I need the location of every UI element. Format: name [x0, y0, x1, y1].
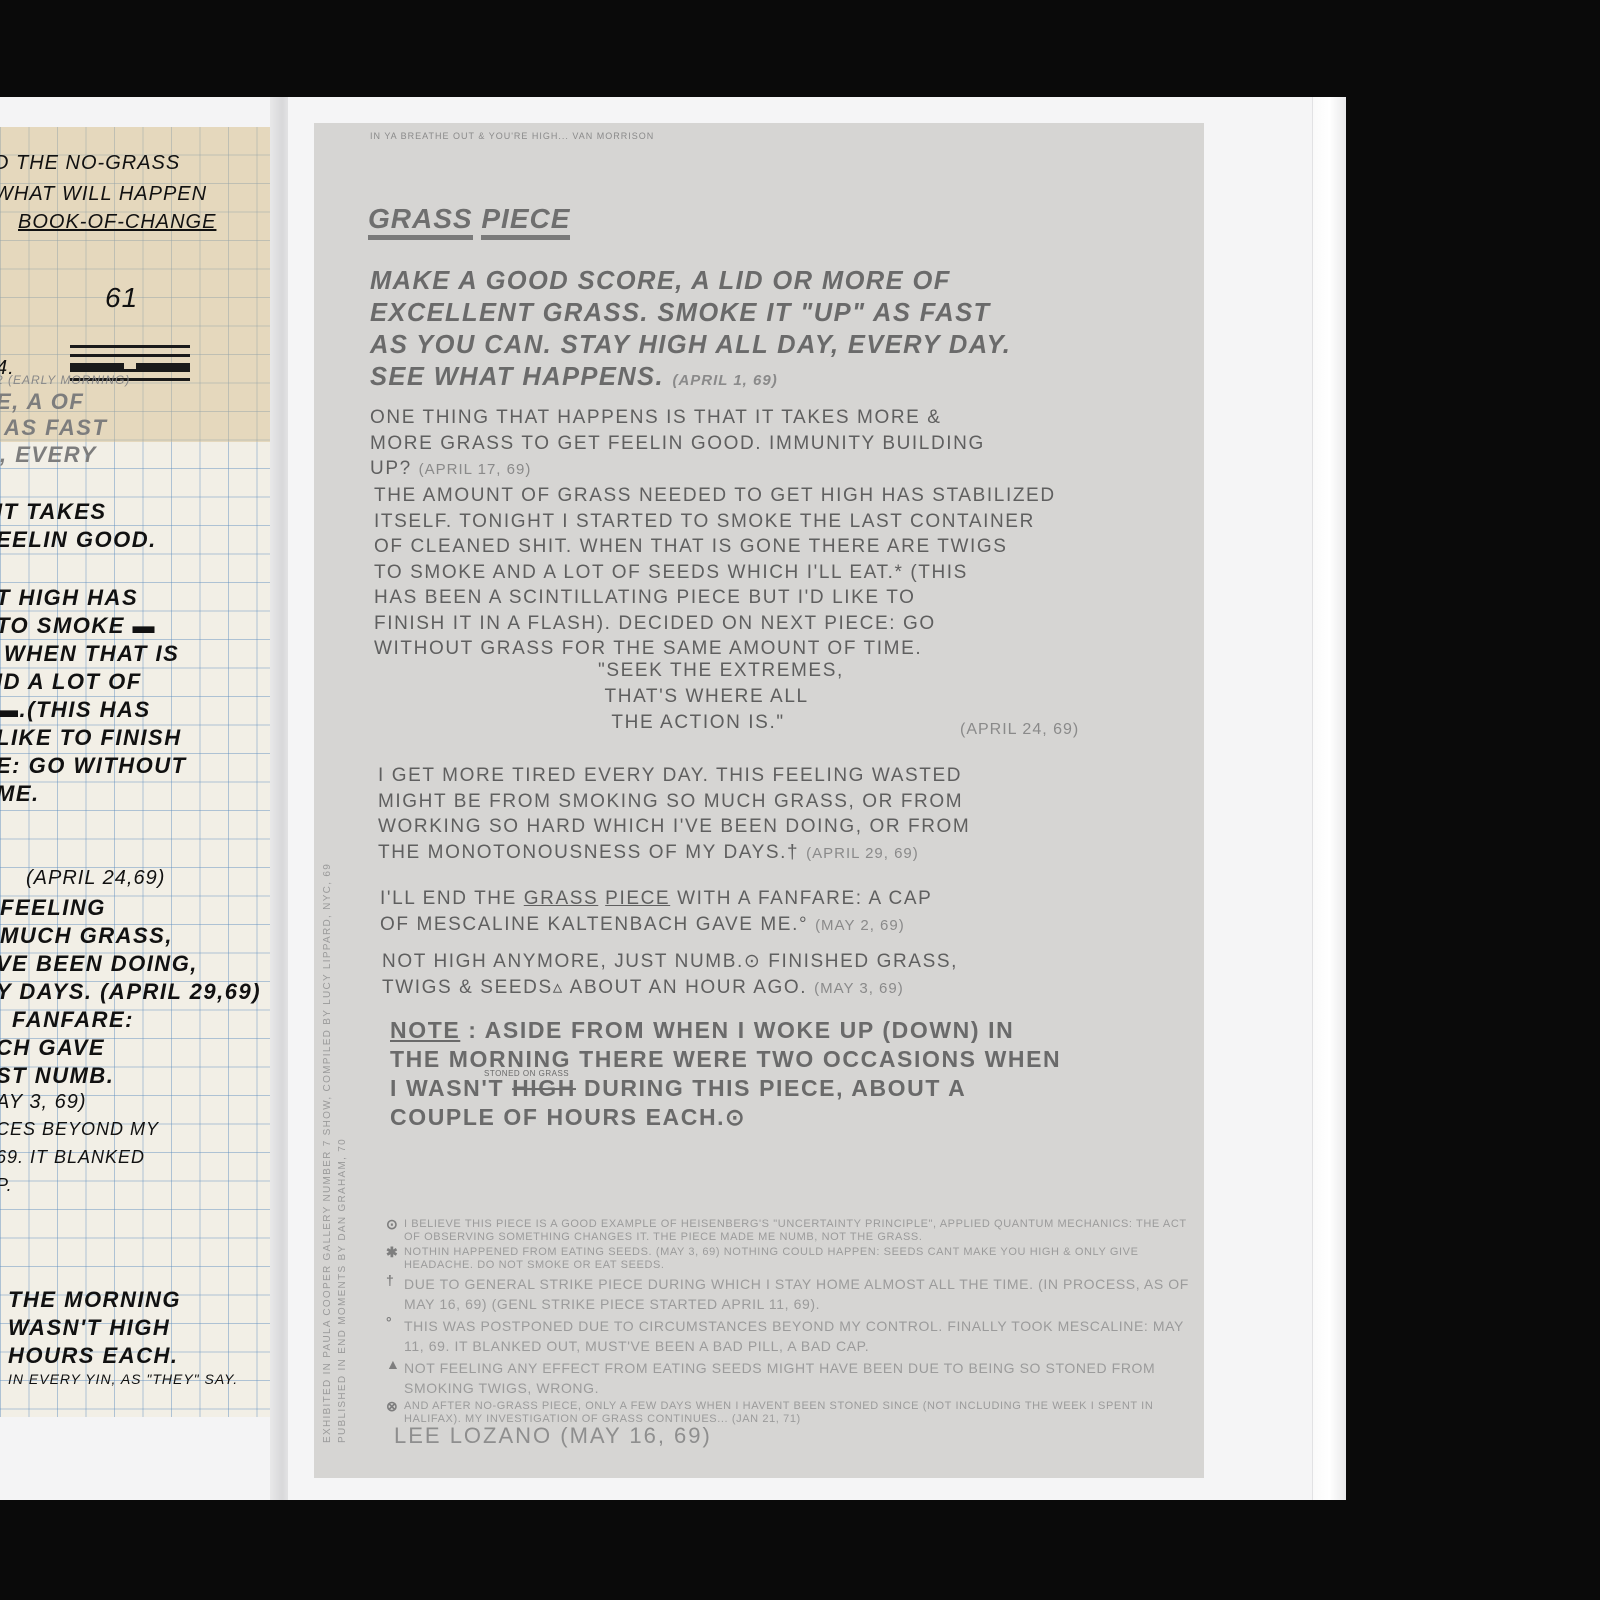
footnote-symbol-icon: ▲: [386, 1358, 404, 1398]
page-edge: [1312, 97, 1346, 1500]
left-line: MUCH GRASS,: [0, 923, 173, 949]
vertical-credit: EXHIBITED IN PAULA COOPER GALLERY NUMBER…: [320, 863, 350, 1443]
left-line: E, A OF: [0, 389, 84, 415]
footnote-symbol-icon: ⊙: [386, 1218, 404, 1244]
entry-may-2: I'LL END THE GRASS PIECE WITH A FANFARE:…: [380, 886, 932, 938]
left-line: Y DAYS. (APRIL 29,69): [0, 979, 261, 1005]
inserted-correction: STONED ON GRASS: [484, 1069, 569, 1078]
left-line: TO SMOKE ▬: [0, 613, 156, 639]
left-line: EELIN GOOD.: [0, 527, 157, 553]
footnote: ✱NOTHIN HAPPENED FROM EATING SEEDS. (MAY…: [386, 1246, 1196, 1272]
document-title: GRASS PIECE: [368, 203, 570, 235]
entry-april-17: ONE THING THAT HAPPENS IS THAT IT TAKES …: [370, 405, 985, 483]
left-line: AY 3, 69): [0, 1091, 87, 1114]
left-line: ST NUMB.: [0, 1063, 114, 1089]
left-line: IN EVERY YIN, AS "THEY" SAY.: [8, 1371, 238, 1387]
left-line: BOOK-OF-CHANGE: [18, 211, 216, 234]
entry-date: (APRIL 1, 69): [672, 372, 777, 389]
graph-paper-document: D THE NO-GRASS WHAT WILL HAPPEN BOOK-OF-…: [0, 127, 282, 1417]
footnote: ▲NOT FEELING ANY EFFECT FROM EATING SEED…: [386, 1358, 1196, 1398]
title-word: PIECE: [481, 203, 570, 240]
entry-stabilized: THE AMOUNT OF GRASS NEEDED TO GET HIGH H…: [374, 483, 1056, 662]
left-line: FEELING: [0, 895, 106, 921]
book-spread: D THE NO-GRASS WHAT WILL HAPPEN BOOK-OF-…: [0, 97, 1345, 1500]
left-line: (APRIL 24,69): [26, 867, 165, 890]
left-line: AS FAST: [4, 415, 107, 441]
signature: LEE LOZANO (MAY 16, 69): [394, 1423, 712, 1449]
note-label: NOTE: [390, 1017, 460, 1043]
left-line: IT TAKES: [0, 499, 107, 525]
entry-date: (MAY 2, 69): [815, 917, 905, 934]
entry-date: (MAY 3, 69): [814, 980, 904, 997]
footnote: °THIS WAS POSTPONED DUE TO CIRCUMSTANCES…: [386, 1316, 1196, 1356]
entry-may-3: NOT HIGH ANYMORE, JUST NUMB.⊙ FINISHED G…: [382, 949, 958, 1001]
left-line: D THE NO-GRASS: [0, 152, 180, 175]
quote-seek-extremes: "SEEK THE EXTREMES, THAT'S WHERE ALL THE…: [598, 658, 844, 736]
left-line: WHAT WILL HAPPEN: [0, 183, 207, 206]
footnote: ⊙I BELIEVE THIS PIECE IS A GOOD EXAMPLE …: [386, 1218, 1196, 1244]
left-line: THE MORNING: [8, 1287, 181, 1313]
left-line: P.: [0, 1175, 13, 1196]
left-line: CH GAVE: [0, 1035, 105, 1061]
footnote-symbol-icon: °: [386, 1316, 404, 1356]
left-line: 69. IT BLANKED: [0, 1147, 145, 1168]
left-line: 2 (EARLY MORNING): [0, 373, 130, 387]
left-line: HOURS EACH.: [8, 1343, 179, 1369]
entry-april-29: I GET MORE TIRED EVERY DAY. THIS FEELING…: [378, 763, 970, 866]
left-line: ID A LOT OF: [0, 669, 142, 695]
hexagram-number: 61: [105, 282, 138, 314]
footnote-symbol-icon: ✱: [386, 1246, 404, 1272]
left-page: D THE NO-GRASS WHAT WILL HAPPEN BOOK-OF-…: [0, 97, 288, 1500]
quote-date: (APRIL 24, 69): [960, 721, 1079, 739]
footnote: †DUE TO GENERAL STRIKE PIECE DURING WHIC…: [386, 1274, 1196, 1314]
struck-word: HIGH: [512, 1075, 576, 1101]
left-line: LIKE TO FINISH: [0, 725, 182, 751]
left-line: FANFARE:: [12, 1007, 134, 1033]
entry-date: (APRIL 29, 69): [806, 845, 919, 862]
left-line: VE BEEN DOING,: [0, 951, 198, 977]
left-line: CES BEYOND MY: [0, 1119, 159, 1140]
title-word: GRASS: [368, 203, 473, 240]
footnotes: ⊙I BELIEVE THIS PIECE IS A GOOD EXAMPLE …: [386, 1218, 1196, 1428]
right-page: IN YA BREATHE OUT & YOU'RE HIGH... VAN M…: [288, 97, 1345, 1500]
left-line: ME.: [0, 781, 40, 807]
left-line: WHEN THAT IS: [4, 641, 179, 667]
left-line: E: GO WITHOUT: [0, 753, 187, 779]
footnote-symbol-icon: †: [386, 1274, 404, 1314]
grass-piece-document: IN YA BREATHE OUT & YOU'RE HIGH... VAN M…: [314, 123, 1204, 1478]
left-line: T HIGH HAS: [0, 585, 138, 611]
epigraph: IN YA BREATHE OUT & YOU'RE HIGH... VAN M…: [370, 131, 654, 141]
left-line: ▬.(THIS HAS: [0, 697, 151, 723]
left-line: , EVERY: [0, 442, 97, 468]
entry-date: (APRIL 17, 69): [419, 461, 532, 478]
instruction-block: MAKE A GOOD SCORE, A LID OR MORE OFEXCEL…: [370, 265, 1011, 397]
left-line: WASN'T HIGH: [8, 1315, 170, 1341]
